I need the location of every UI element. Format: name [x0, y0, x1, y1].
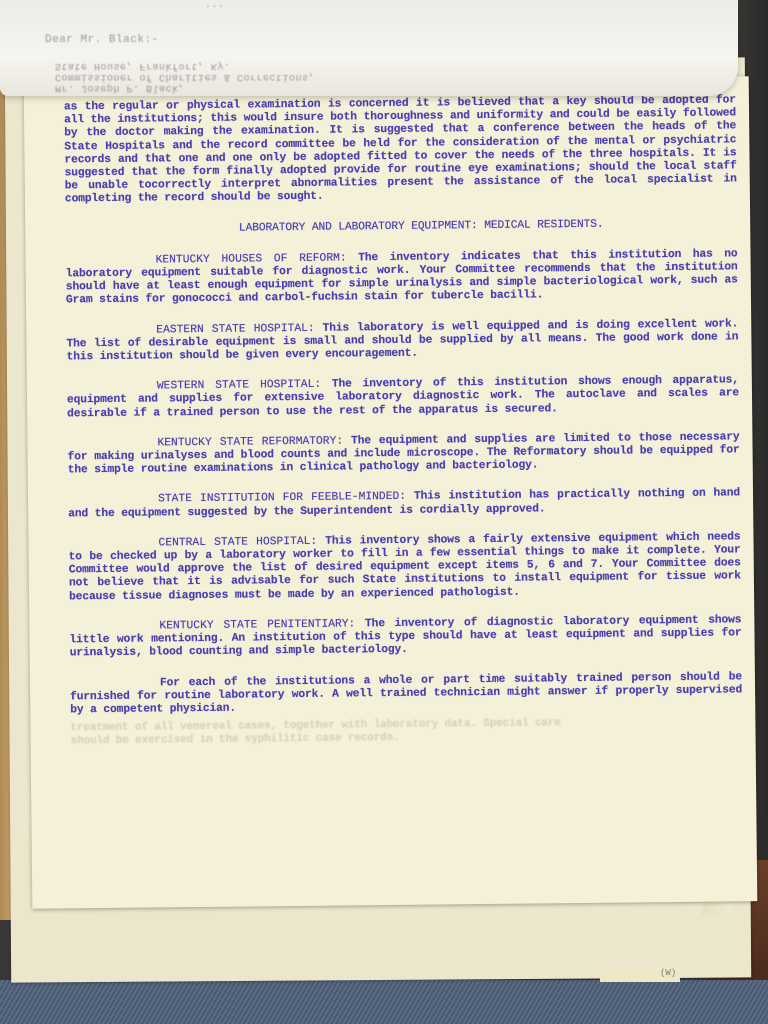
section-western-state-hospital: WESTERN STATE HOSPITAL: The inventory of…: [67, 375, 739, 422]
section-lead: KENTUCKY HOUSES OF REFORM:: [155, 252, 346, 266]
closing-text: For each of the institutions a whole or …: [70, 671, 742, 716]
section-central-state-hospital: CENTRAL STATE HOSPITAL: This inventory s…: [68, 531, 741, 604]
section-lead: STATE INSTITUTION FOR FEEBLE-MINDED:: [158, 491, 406, 506]
section-heading: LABORATORY AND LABORATORY EQUIPMENT: MED…: [105, 217, 737, 237]
page-body: as the regular or physical examination i…: [64, 94, 743, 749]
section-lead: WESTERN STATE HOSPITAL:: [157, 379, 321, 393]
section-lead: EASTERN STATE HOSPITAL:: [156, 322, 315, 336]
address-line: Mr. Joseph P. Black,: [55, 82, 185, 93]
curl-top-line: ...: [205, 0, 225, 11]
back-tab-label: (W): [660, 968, 676, 978]
section-lead: KENTUCKY STATE REFORMATORY:: [157, 435, 343, 449]
section-feeble-minded-institution: STATE INSTITUTION FOR FEEBLE-MINDED: Thi…: [68, 488, 740, 521]
section-eastern-state-hospital: EASTERN STATE HOSPITAL: This laboratory …: [66, 318, 738, 365]
salutation: Dear Mr. Black:-: [45, 34, 159, 46]
section-kentucky-state-reformatory: KENTUCKY STATE REFORMATORY: The equipmen…: [67, 431, 739, 478]
address-line: Commissioner of Charities & Corrections,: [55, 71, 315, 82]
address-line: State House, Frankfort, Ky.: [55, 60, 231, 71]
section-kentucky-houses-of-reform: KENTUCKY HOUSES OF REFORM: The inventory…: [65, 248, 738, 308]
curled-previous-page: ... Dear Mr. Black:- State House, Frankf…: [0, 0, 738, 96]
opening-paragraph: as the regular or physical examination i…: [64, 94, 737, 207]
typed-page: as the regular or physical examination i…: [24, 76, 758, 909]
section-kentucky-state-penitentiary: KENTUCKY STATE PENITENTIARY: The invento…: [69, 614, 741, 661]
fabric-surface: [0, 980, 768, 1024]
closing-paragraph: For each of the institutions a whole or …: [70, 671, 742, 718]
section-lead: KENTUCKY STATE PENITENTIARY:: [159, 618, 355, 632]
section-lead: CENTRAL STATE HOSPITAL:: [158, 536, 317, 550]
